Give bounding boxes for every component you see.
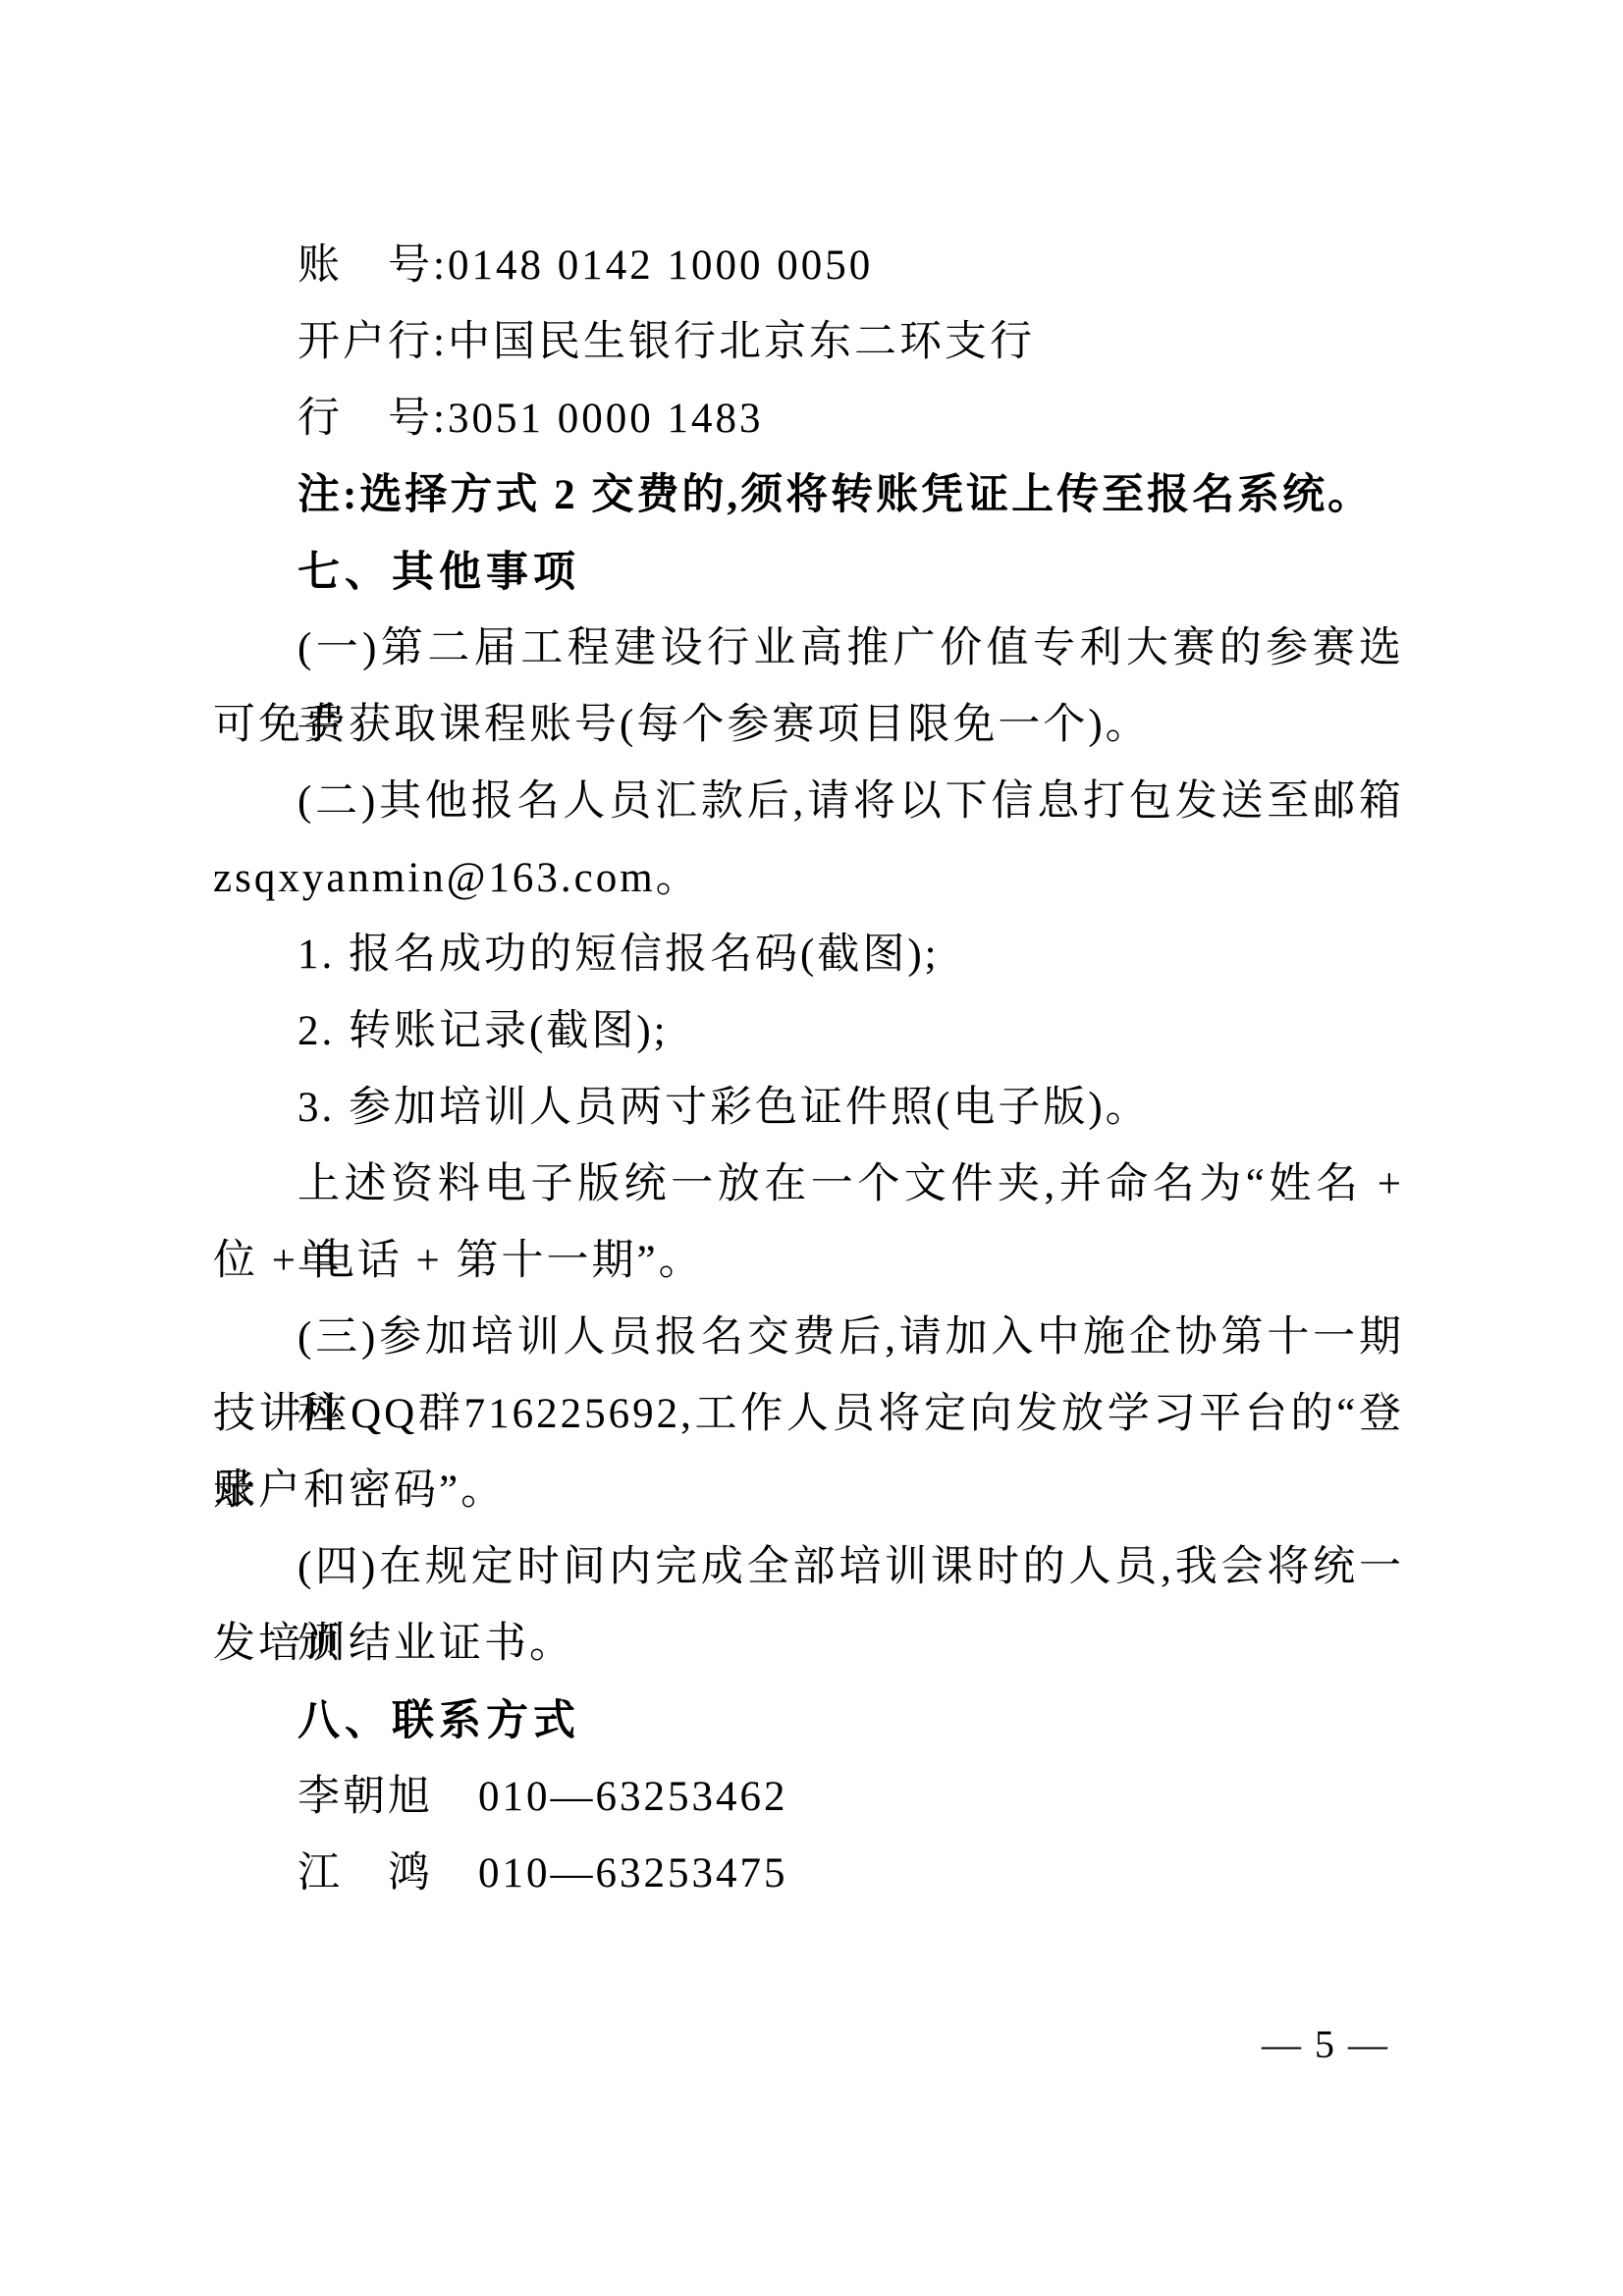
line-contact-jiang-hong: 江 鸿 010—63253475: [213, 1836, 1404, 1912]
line-account-number: 账 号:0148 0142 1000 0050: [213, 228, 1404, 304]
document-page: 账 号:0148 0142 1000 0050 开户行:中国民生银行北京东二环支…: [0, 0, 1623, 2296]
line-list-item-2: 2. 转账记录(截图);: [213, 993, 1404, 1070]
page-number: — 5 —: [1262, 2015, 1389, 2074]
line-item-two-part1: (二)其他报名人员汇款后,请将以下信息打包发送至邮箱: [213, 764, 1404, 840]
line-item-one-part2: 可免费获取课程账号(每个参赛项目限免一个)。: [213, 687, 1404, 764]
line-list-item-3: 3. 参加培训人员两寸彩色证件照(电子版)。: [213, 1070, 1404, 1147]
heading-section-eight: 八、联系方式: [213, 1682, 1404, 1759]
line-item-three-part3: 账户和密码”。: [213, 1453, 1404, 1529]
line-item-three-part2: 技讲座QQ群716225692,工作人员将定向发放学习平台的“登录: [213, 1376, 1404, 1453]
line-folder-naming-part1: 上述资料电子版统一放在一个文件夹,并命名为“姓名 + 单: [213, 1147, 1404, 1223]
line-item-four-part2: 发培训结业证书。: [213, 1606, 1404, 1682]
line-email-address: zsqxyanmin@163.com。: [213, 840, 1404, 917]
line-item-three-part1: (三)参加培训人员报名交费后,请加入中施企协第十一期科: [213, 1300, 1404, 1376]
document-body: 账 号:0148 0142 1000 0050 开户行:中国民生银行北京东二环支…: [213, 228, 1404, 1912]
line-contact-li-chaoxu: 李朝旭 010—63253462: [213, 1759, 1404, 1836]
line-item-four-part1: (四)在规定时间内完成全部培训课时的人员,我会将统一颁: [213, 1529, 1404, 1606]
line-folder-naming-part2: 位 + 电话 + 第十一期”。: [213, 1223, 1404, 1300]
line-payment-note: 注:选择方式 2 交费的,须将转账凭证上传至报名系统。: [213, 457, 1404, 534]
heading-section-seven: 七、其他事项: [213, 534, 1404, 611]
line-item-one-part1: (一)第二届工程建设行业高推广价值专利大赛的参赛选手: [213, 611, 1404, 687]
line-bank-code: 行 号:3051 0000 1483: [213, 381, 1404, 457]
line-bank-name: 开户行:中国民生银行北京东二环支行: [213, 304, 1404, 381]
line-list-item-1: 1. 报名成功的短信报名码(截图);: [213, 917, 1404, 993]
